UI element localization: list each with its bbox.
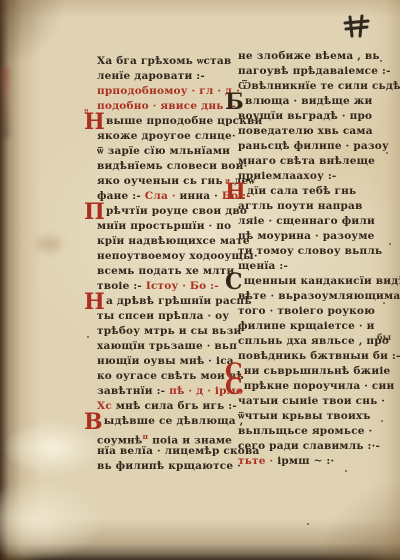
text-segment: прѣкне пороучила · сии [244,380,395,392]
text-segment: приіемлаахоу :- [238,170,337,182]
text-line: щенїа :- [238,259,388,274]
text-segment: подобно · явисе днь :- [97,100,236,112]
text-segment: якоже дроугое слнце· [97,130,236,142]
text-segment: поведателю хвь сама [238,125,373,137]
drop-cap-initial: П [84,205,105,219]
text-line: Ѿвѣлникнїе те сили сьдѣ [238,79,388,94]
drop-cap-initial: Нн [84,115,105,129]
drop-cap-initial: Б [225,95,244,109]
text-line: якоже дроугое слнце· [97,129,233,144]
quire-mark-icon [342,12,370,40]
text-segment: повѣдникь бжтвныи би :- [238,350,400,362]
text-line: воущїи вьградѣ · про [238,109,388,124]
text-segment: ти томоу словоу вьпль [238,245,382,257]
text-line: того · твоіего роукою [238,304,388,319]
text-line: Сни сьврьшнльнѣ бжиіе [238,364,388,379]
text-segment: щенныи кандакисїи видѣ [244,275,400,287]
text-segment: вь филипѣ крщаютсе · [97,460,241,472]
text-segment: мнаго свѣта внѣлеще [238,155,375,167]
text-line: пагоувѣ прѣдаваіемсе :- [238,64,388,79]
ink-speck [380,60,382,62]
text-segment: тьте · [238,455,277,467]
text-segment: Істоу · Бо :- [146,280,219,292]
text-line: вь филипѣ крщаютсе · [97,459,233,474]
text-line: не злобиже вѣема , вь [238,49,388,64]
text-line: завѣтнїи :- пѣ · д · ірмо [97,384,233,399]
text-line: твоіе :- Істоу · Бо :- [97,279,233,294]
text-segment: влюща · видѣще жи [245,95,373,107]
text-line: ѿчтыи крьвы твоихъ [238,409,388,424]
text-column-right: не злобиже вѣема , вьпагоувѣ прѣдаваіемс… [238,49,388,469]
text-line: хающїи трьзаше · вьп [97,339,233,354]
text-line: На дрѣвѣ грѣшнїи распѣ [97,294,233,309]
text-segment: дїи сала тебѣ гнь [247,185,356,197]
text-segment: прподобномоу · гл · д · [97,85,240,97]
text-segment: видѣнїемь словеси вои· [97,160,247,172]
text-segment: ѿ зарїе сїю мльнїами [97,145,230,157]
text-line: трѣбоу мтрь и сы вьзи [97,324,233,339]
ink-speck [386,152,388,154]
text-line: Нидїи сала тебѣ гнь [238,184,388,199]
ink-speck [307,523,309,525]
text-segment: инна · [180,190,222,202]
parchment-stain [36,236,62,252]
text-line: филипе крщаіетсе · и [238,319,388,334]
text-line: ко оугасе свѣть мои вѣ [97,369,233,384]
text-segment: раньсцѣ филипе · разоу [238,140,389,152]
text-segment: непоутвоемоу ходооущы· [97,250,258,262]
text-segment: вѣте · вьразоумляющима [238,290,400,302]
text-segment: ты спсеи прѣпла · оу [97,310,229,322]
text-line: фане :- Сла · инна · Бо :- [97,189,233,204]
text-line: ти томоу словоу вьпль [238,244,388,259]
text-segment: Ѿвѣлникнїе те сили сьдѣ [238,80,400,92]
text-segment: Ха бга грѣхомь ѡстав [97,55,231,67]
text-segment: ляіе · сщеннаго фили [238,215,375,227]
text-line: Ннвыше прподобне црскви [97,114,233,129]
text-segment: Сла · [145,190,180,202]
text-segment: нїа велїа · лицемѣр скова [97,445,259,457]
text-line: сего ради славимль :·- [238,439,388,454]
manuscript-photo: бы Ха бга грѣхомь ѡставленїе даровати :-… [0,0,400,560]
drop-cap-initial: Н [84,295,105,309]
text-segment: не злобиже вѣема , вь [238,50,380,62]
drop-cap-initial: С [225,275,243,289]
text-segment: мнѣ сила бгь игь :- [116,400,237,412]
text-segment: пагоувѣ прѣдаваіемсе :- [238,65,391,77]
ink-offset-stain [0,68,10,138]
text-line: Прѣчтїи роуце свои дво [97,204,233,219]
text-segment: сего ради славимль :·- [238,440,380,452]
text-line: мнаго свѣта внѣлеще [238,154,388,169]
drop-cap-initial: Ни [225,185,246,199]
text-line: видѣнїемь словеси вои· [97,159,233,174]
text-segment: нющїи оувы мнѣ · іса [97,355,234,367]
text-line: Спрѣкне пороучила · сии [238,379,388,394]
text-segment: щенїа :- [238,260,288,272]
text-line: Хс мнѣ сила бгь игь :- [97,399,233,414]
text-segment: спльнь дха явльсе , про [238,335,389,347]
text-segment: ірмш ~ :· [277,455,334,467]
text-line: соумнѣп поіа и знаме [97,429,233,444]
text-line: раньсцѣ филипе · разоу [238,139,388,154]
text-column-left: Ха бга грѣхомь ѡставленїе даровати :-прп… [97,54,233,474]
text-line: агтль поути направ [238,199,388,214]
text-line: повѣдникь бжтвныи би :- [238,349,388,364]
text-segment: ни сьврьшнльнѣ бжиіе [244,365,391,377]
text-line: пѣ моурина · разоуме [238,229,388,244]
text-segment: а дрѣвѣ грѣшнїи распѣ [106,295,252,307]
text-segment: всемь подать хе млти [97,265,234,277]
text-line: прподобномоу · гл · д · [97,84,233,99]
ink-speck [389,243,391,245]
text-segment: ыдѣвше се дѣвлюща , [104,415,244,427]
text-line: нющїи оувы мнѣ · іса [97,354,233,369]
text-segment: крїи надвѣющихсе мате [97,235,250,247]
text-line: крїи надвѣющихсе мате [97,234,233,249]
text-line: ляіе · сщеннаго фили [238,214,388,229]
text-line: нїа велїа · лицемѣр скова [97,444,233,459]
text-line: ѿ зарїе сїю мльнїами [97,144,233,159]
text-line: Ха бга грѣхомь ѡстав [97,54,233,69]
text-segment: филипе крщаіетсе · и [238,320,375,332]
text-segment: агтль поути направ [238,200,363,212]
text-line: подобно · явисе днь :- [97,99,233,114]
text-line: яко оученыи сь гнь · деѡ [97,174,233,189]
text-segment: хающїи трьзаше · вьп [97,340,237,352]
text-segment: трѣбоу мтрь и сы вьзи [97,325,242,337]
text-line: Сщенныи кандакисїи видѣ [238,274,388,289]
text-segment: воущїи вьградѣ · про [238,110,372,122]
text-line: приіемлаахоу :- [238,169,388,184]
text-line: мнїи простьршїи · по [97,219,233,234]
text-segment: чатыи сыиіе твои снь · [238,395,385,407]
drop-cap-initial: В [84,415,103,429]
text-segment: ко оугасе свѣть мои вѣ [97,370,244,382]
guide-letter: н [84,108,89,115]
text-line: поведателю хвь сама [238,124,388,139]
ink-speck [381,420,383,422]
text-segment: того · твоіего роукою [238,305,375,317]
text-line: вѣте · вьразоумляющима [238,289,388,304]
text-segment: завѣтнїи :- [97,385,169,397]
text-segment: рѣчтїи роуце свои дво [106,205,247,217]
ink-speck [87,336,89,338]
text-segment: вьпльщьсе яромьсе · [238,425,372,437]
text-segment: ѿчтыи крьвы твоихъ [238,410,371,422]
text-line: тьте · ірмш ~ :· [238,454,388,469]
ink-speck [345,470,347,472]
text-segment: пѣ моурина · разоуме [238,230,375,242]
text-line: ты спсеи прѣпла · оу [97,309,233,324]
ink-speck [383,302,385,304]
text-line: непоутвоемоу ходооущы· [97,249,233,264]
text-line: Выдѣвше се дѣвлюща , [97,414,233,429]
guide-letter: и [225,178,230,185]
text-line: всемь подать хе млти [97,264,233,279]
text-segment: ленїе даровати :- [97,70,205,82]
text-line: Бвлюща · видѣще жи [238,94,388,109]
text-line: спльнь дха явльсе , про [238,334,388,349]
text-segment: мнїи простьршїи · по [97,220,231,232]
text-line: ленїе даровати :- [97,69,233,84]
text-line: чатыи сыиіе твои снь · [238,394,388,409]
text-line: вьпльщьсе яромьсе · [238,424,388,439]
drop-cap-initial: С [225,380,243,394]
